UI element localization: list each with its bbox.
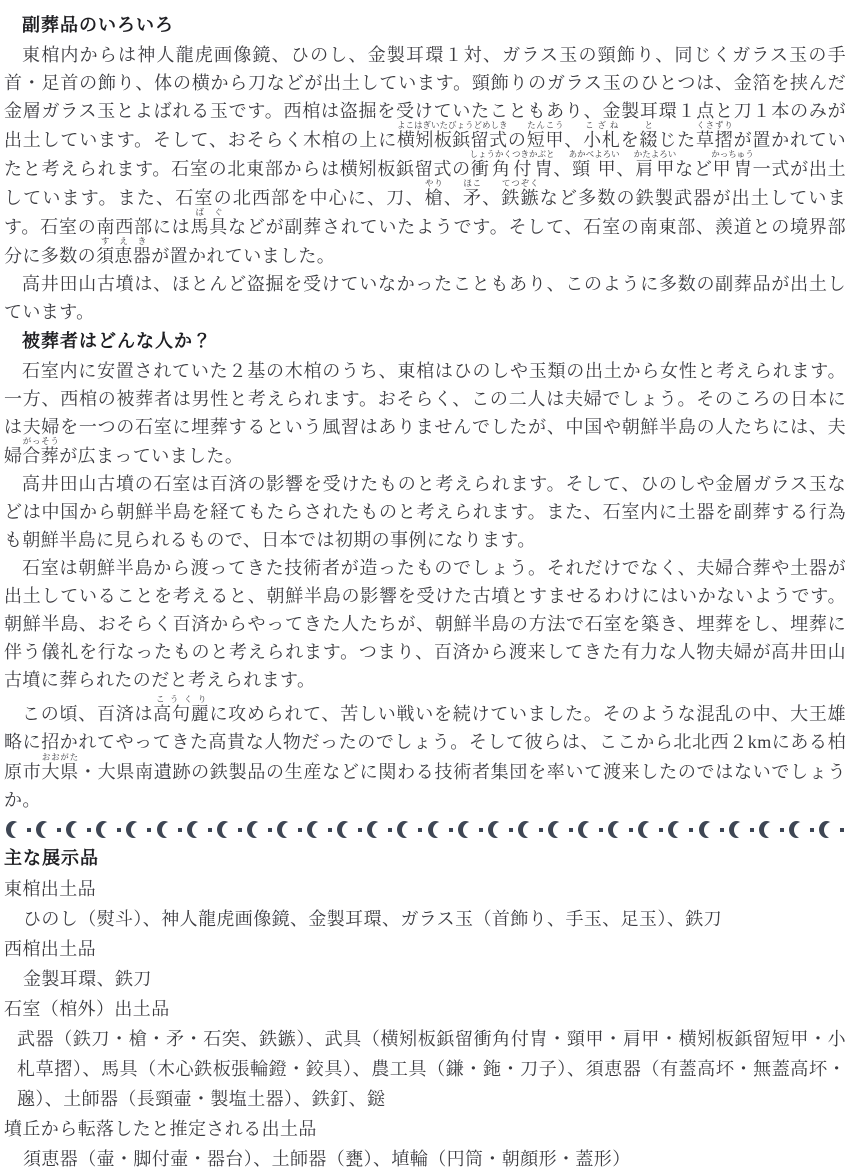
exhibit-list-line: 墳丘から転落したと推定される出土品: [4, 1114, 846, 1144]
divider-unit: [699, 821, 724, 838]
dot-icon: [57, 828, 61, 832]
crescent-moon-icon: [126, 821, 141, 838]
section-heading: 被葬者はどんな人か？: [4, 326, 846, 357]
ruby-annotated-word: 短甲たんこう: [527, 130, 565, 150]
dot-icon: [479, 828, 483, 832]
dot-icon: [780, 828, 784, 832]
divider-unit: [66, 821, 91, 838]
crescent-moon-icon: [187, 821, 202, 838]
moon-divider: [4, 814, 846, 843]
divider-unit: [729, 821, 754, 838]
divider-unit: [36, 821, 61, 838]
crescent-moon-icon: [66, 821, 81, 838]
paragraph: この頃、百済は高句麗こうくりに攻められて、苦しい戦いを続けていました。そのような…: [4, 694, 846, 814]
crescent-moon-icon: [638, 821, 653, 838]
crescent-moon-icon: [578, 821, 593, 838]
section-heading: 副葬品のいろいろ: [4, 10, 846, 41]
dot-icon: [238, 828, 242, 832]
divider-unit: [247, 821, 272, 838]
dot-icon: [268, 828, 272, 832]
exhibit-list-line: ひのし（熨斗）、神人龍虎画像鏡、金製耳環、ガラス玉（首飾り、手玉、足玉）、鉄刀: [4, 904, 846, 934]
ruby-annotated-word: 鉄鏃てつぞく: [501, 188, 539, 208]
crescent-moon-icon: [96, 821, 111, 838]
divider-unit: [428, 821, 453, 838]
crescent-moon-icon: [608, 821, 623, 838]
divider-unit: [217, 821, 242, 838]
dot-icon: [629, 828, 633, 832]
crescent-moon-icon: [729, 821, 744, 838]
ruby-annotated-word: 草摺くさずり: [696, 130, 734, 150]
paragraph: 石室は朝鮮半島から渡ってきた技術者が造ったものでしょう。それだけでなく、夫婦合葬…: [4, 554, 846, 694]
ruby-annotated-word: 大県おおがた: [41, 762, 78, 782]
crescent-moon-icon: [397, 821, 412, 838]
dot-icon: [840, 828, 844, 832]
dot-icon: [689, 828, 693, 832]
crescent-moon-icon: [819, 821, 834, 838]
document-body: 副葬品のいろいろ東棺内からは神人龍虎画像鏡、ひのし、金製耳環１対、ガラス玉の頸飾…: [0, 0, 850, 1170]
ruby-annotated-word: 綴と: [640, 130, 659, 150]
dot-icon: [328, 828, 332, 832]
crescent-moon-icon: [217, 821, 232, 838]
divider-unit: [578, 821, 603, 838]
divider-unit: [789, 821, 814, 838]
ruby-annotated-word: 横矧板鋲留式よこはぎいたびょうどめしき: [397, 130, 508, 150]
section-heading: 主な展示品: [4, 843, 846, 874]
dot-icon: [810, 828, 814, 832]
dot-icon: [449, 828, 453, 832]
divider-unit: [337, 821, 362, 838]
divider-unit: [187, 821, 212, 838]
crescent-moon-icon: [699, 821, 714, 838]
dot-icon: [87, 828, 91, 832]
divider-unit: [488, 821, 513, 838]
crescent-moon-icon: [518, 821, 533, 838]
crescent-moon-icon: [247, 821, 262, 838]
divider-unit: [608, 821, 633, 838]
divider-unit: [96, 821, 121, 838]
divider-unit: [458, 821, 483, 838]
dot-icon: [750, 828, 754, 832]
paragraph: 東棺内からは神人龍虎画像鏡、ひのし、金製耳環１対、ガラス玉の頸飾り、同じくガラス…: [4, 41, 846, 270]
ruby-annotated-word: 頸甲あかべよろい: [572, 159, 616, 179]
ruby-annotated-word: 合葬がっそう: [22, 446, 59, 466]
divider-unit: [307, 821, 332, 838]
dot-icon: [298, 828, 302, 832]
divider-unit: [6, 821, 31, 838]
ruby-annotated-word: 須恵器すえき: [96, 246, 151, 266]
divider-unit: [819, 821, 844, 838]
dot-icon: [208, 828, 212, 832]
divider-unit: [638, 821, 663, 838]
exhibit-list-line: 武器（鉄刀・槍・矛・石突、鉄鏃）、武具（横矧板鋲留衝角付冑・頸甲・肩甲・横矧板鋲…: [4, 1024, 846, 1114]
paragraph: 高井田山古墳の石室は百済の影響を受けたものと考えられます。そして、ひのしや金層ガ…: [4, 470, 846, 554]
crescent-moon-icon: [277, 821, 292, 838]
divider-unit: [126, 821, 151, 838]
exhibit-list-line: 金製耳環、鉄刀: [4, 964, 846, 994]
crescent-moon-icon: [157, 821, 172, 838]
exhibit-list-line: 東棺出土品: [4, 874, 846, 904]
crescent-moon-icon: [367, 821, 382, 838]
ruby-annotated-word: 矛ほこ: [463, 188, 482, 208]
divider-unit: [367, 821, 392, 838]
dot-icon: [117, 828, 121, 832]
dot-icon: [147, 828, 151, 832]
ruby-annotated-word: 肩甲かたよろい: [635, 159, 675, 179]
crescent-moon-icon: [789, 821, 804, 838]
dot-icon: [509, 828, 513, 832]
ruby-annotated-word: 衝角付冑しょうかくつきかぶと: [471, 159, 553, 179]
dot-icon: [599, 828, 603, 832]
ruby-annotated-word: 小札こざね: [583, 130, 621, 150]
crescent-moon-icon: [488, 821, 503, 838]
divider-unit: [548, 821, 573, 838]
crescent-moon-icon: [6, 821, 21, 838]
ruby-annotated-word: 甲冑かっちゅう: [713, 159, 753, 179]
exhibit-list-line: 須恵器（壷・脚付壷・器台）、土師器（甕）、埴輪（円筒・朝顔形・蓋形）: [4, 1144, 846, 1170]
crescent-moon-icon: [759, 821, 774, 838]
divider-unit: [518, 821, 543, 838]
paragraph: 石室内に安置されていた２基の木棺のうち、東棺はひのしや玉類の出土から女性と考えら…: [4, 357, 846, 470]
dot-icon: [178, 828, 182, 832]
dot-icon: [27, 828, 31, 832]
exhibit-list-line: 西棺出土品: [4, 934, 846, 964]
dot-icon: [418, 828, 422, 832]
divider-unit: [277, 821, 302, 838]
crescent-moon-icon: [548, 821, 563, 838]
dot-icon: [569, 828, 573, 832]
crescent-moon-icon: [337, 821, 352, 838]
ruby-annotated-word: 槍やり: [425, 188, 444, 208]
dot-icon: [539, 828, 543, 832]
divider-unit: [157, 821, 182, 838]
ruby-annotated-word: 馬具ばぐ: [190, 217, 228, 237]
crescent-moon-icon: [428, 821, 443, 838]
crescent-moon-icon: [458, 821, 473, 838]
exhibit-list-line: 石室（棺外）出土品: [4, 994, 846, 1024]
paragraph: 高井田山古墳は、ほとんど盗掘を受けていなかったこともあり、このように多数の副葬品…: [4, 270, 846, 326]
crescent-moon-icon: [36, 821, 51, 838]
crescent-moon-icon: [668, 821, 683, 838]
dot-icon: [388, 828, 392, 832]
dot-icon: [659, 828, 663, 832]
dot-icon: [358, 828, 362, 832]
divider-unit: [759, 821, 784, 838]
divider-unit: [397, 821, 422, 838]
crescent-moon-icon: [307, 821, 322, 838]
dot-icon: [720, 828, 724, 832]
divider-unit: [668, 821, 693, 838]
ruby-annotated-word: 高句麗こうくり: [153, 704, 209, 724]
